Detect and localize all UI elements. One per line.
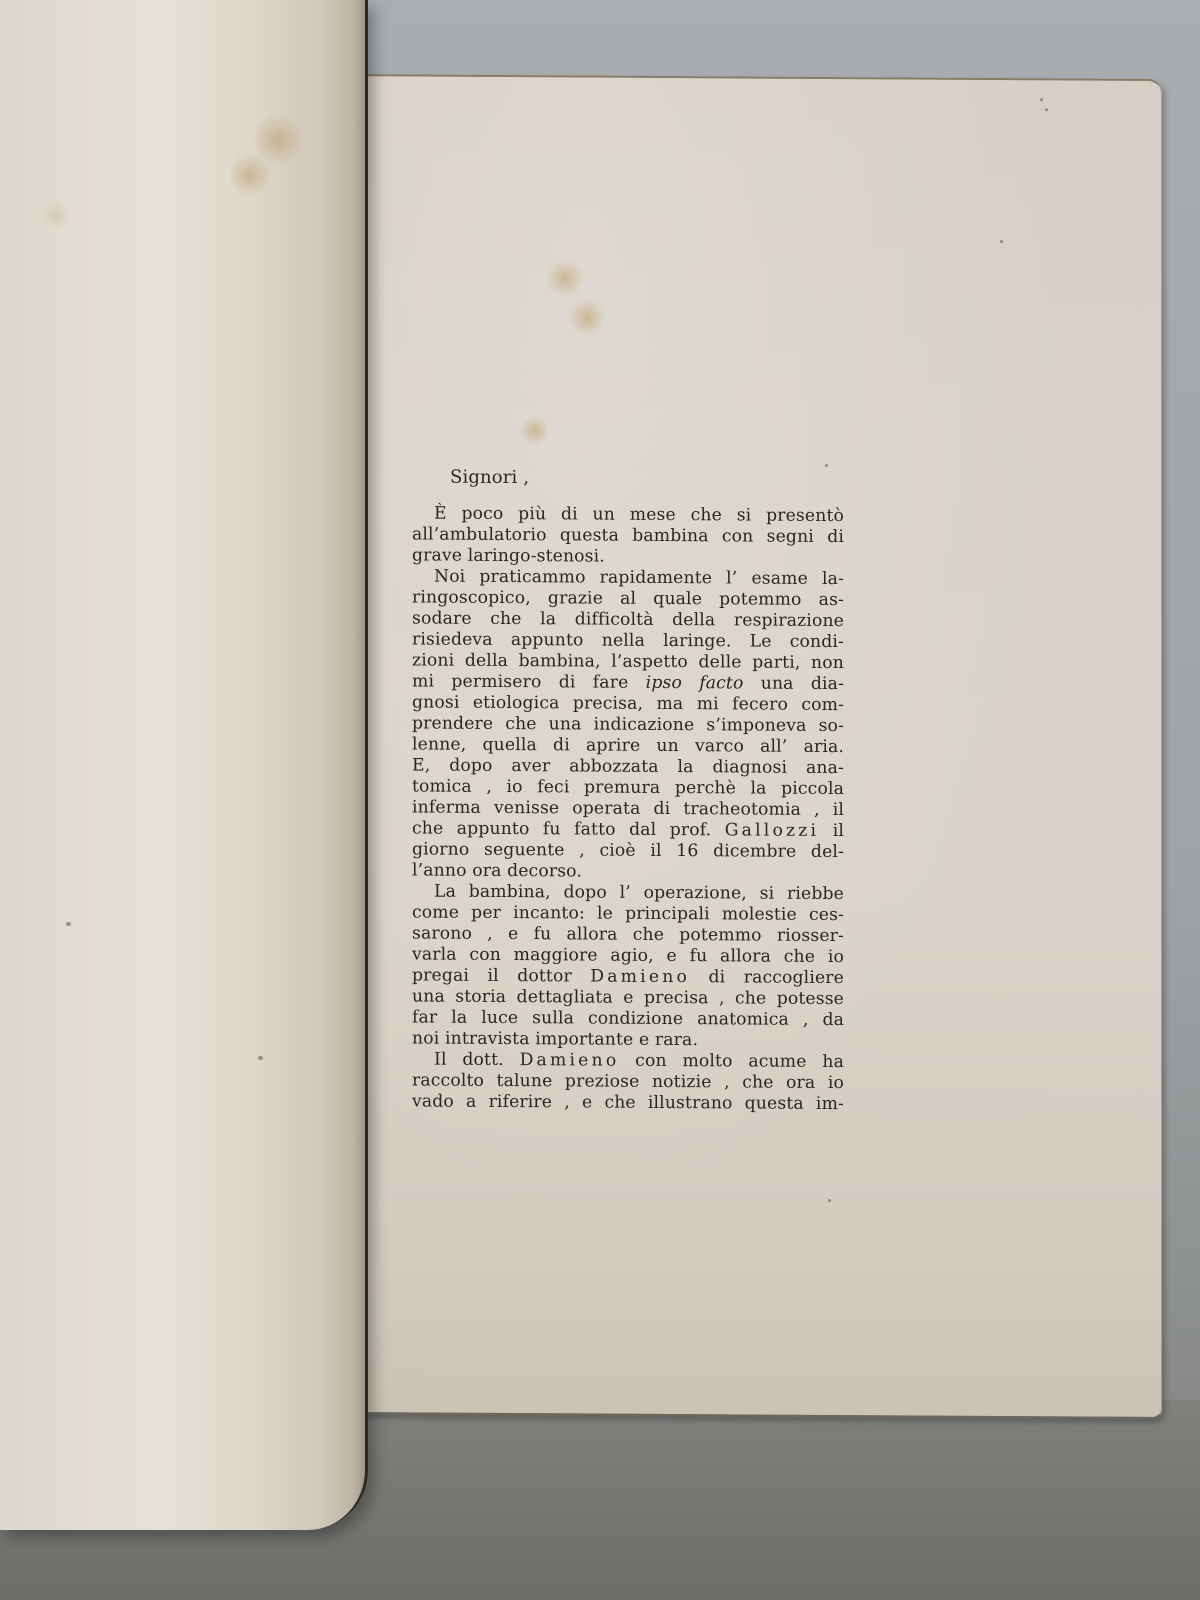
text-line: sarono , e fu allora che potemmo riosser… — [412, 923, 844, 947]
foxing-stain — [520, 415, 550, 445]
foxing-stain — [545, 259, 585, 297]
text-line: sodare che la difficoltà della respirazi… — [412, 608, 844, 632]
speck — [66, 922, 71, 926]
paragraph-1: È poco più di un mese che si presentò al… — [412, 503, 844, 569]
text-line: giorno seguente , cioè il 16 dicembre de… — [412, 839, 844, 863]
text-line: inferma venisse operata di tracheotomia … — [412, 797, 844, 821]
person-name-gallozzi: Gallozzi — [725, 820, 820, 841]
text-line: all’ambulatorio questa bambina con segni… — [412, 524, 844, 548]
text-line: zioni della bambina, l’aspetto delle par… — [412, 650, 844, 674]
text-line: l’anno ora decorso. — [412, 860, 844, 884]
text-line: ringoscopico, grazie al quale potemmo as… — [412, 587, 844, 611]
text-line-with-italic: mi permisero di fare ipso facto una dia- — [412, 671, 844, 695]
speck — [828, 1199, 831, 1202]
foxing-stain — [230, 150, 270, 200]
text-line: tomica , io feci premura perchè la picco… — [412, 776, 844, 800]
paragraph-2: Noi praticammo rapidamente l’ esame la- … — [412, 566, 844, 884]
text-line: una storia dettagliata e precisa , che p… — [412, 986, 844, 1010]
text-line: far la luce sulla condizione anatomica ,… — [412, 1007, 844, 1031]
foxing-stain — [568, 297, 606, 337]
speck — [1040, 98, 1043, 101]
text-line: Noi praticammo rapidamente l’ esame la- — [412, 566, 844, 590]
speck — [258, 1056, 263, 1060]
text-line: gnosi etiologica precisa, ma mi fecero c… — [412, 692, 844, 716]
left-page-curled — [0, 0, 368, 1530]
text-line: prendere che una indicazione s’imponeva … — [412, 713, 844, 737]
text-line: noi intravista importante e rara. — [412, 1028, 844, 1052]
paragraph-4: Il dott. Damieno con molto acume ha racc… — [412, 1049, 844, 1115]
text-line: lenne, quella di aprire un varco all’ ar… — [412, 734, 844, 758]
text-line: grave laringo-stenosi. — [412, 545, 844, 569]
body-text: Signori , È poco più di un mese che si p… — [412, 466, 844, 1115]
paragraph-3: La bambina, dopo l’ operazione, si riebb… — [412, 881, 844, 1052]
salutation: Signori , — [450, 467, 844, 490]
speck — [1000, 240, 1003, 243]
text-line-with-name: Il dott. Damieno con molto acume ha — [412, 1049, 844, 1073]
text-line-with-name: pregai il dottor Damieno di raccogliere — [412, 965, 844, 989]
person-name-damieno: Damieno — [520, 1050, 620, 1071]
foxing-stain — [40, 200, 70, 230]
text-line: risiedeva appunto nella laringe. Le cond… — [412, 629, 844, 653]
text-line: È poco più di un mese che si presentò — [412, 503, 844, 527]
text-line: E, dopo aver abbozzata la diagnosi ana- — [412, 755, 844, 779]
text-line: raccolto talune preziose notizie , che o… — [412, 1070, 844, 1094]
speck — [1045, 108, 1048, 111]
person-name-damieno: Damieno — [590, 967, 690, 988]
right-page: Signori , È poco più di un mese che si p… — [340, 74, 1162, 1419]
italic-phrase: ipso facto — [646, 673, 744, 694]
speck — [825, 464, 828, 467]
text-line: varla con maggiore agio, e fu allora che… — [412, 944, 844, 968]
text-line: La bambina, dopo l’ operazione, si riebb… — [412, 881, 844, 905]
text-line: vado a riferire , e che illustrano quest… — [412, 1091, 844, 1115]
text-line: come per incanto: le principali molestie… — [412, 902, 844, 926]
text-line-with-name: che appunto fu fatto dal prof. Gallozzi … — [412, 818, 844, 842]
